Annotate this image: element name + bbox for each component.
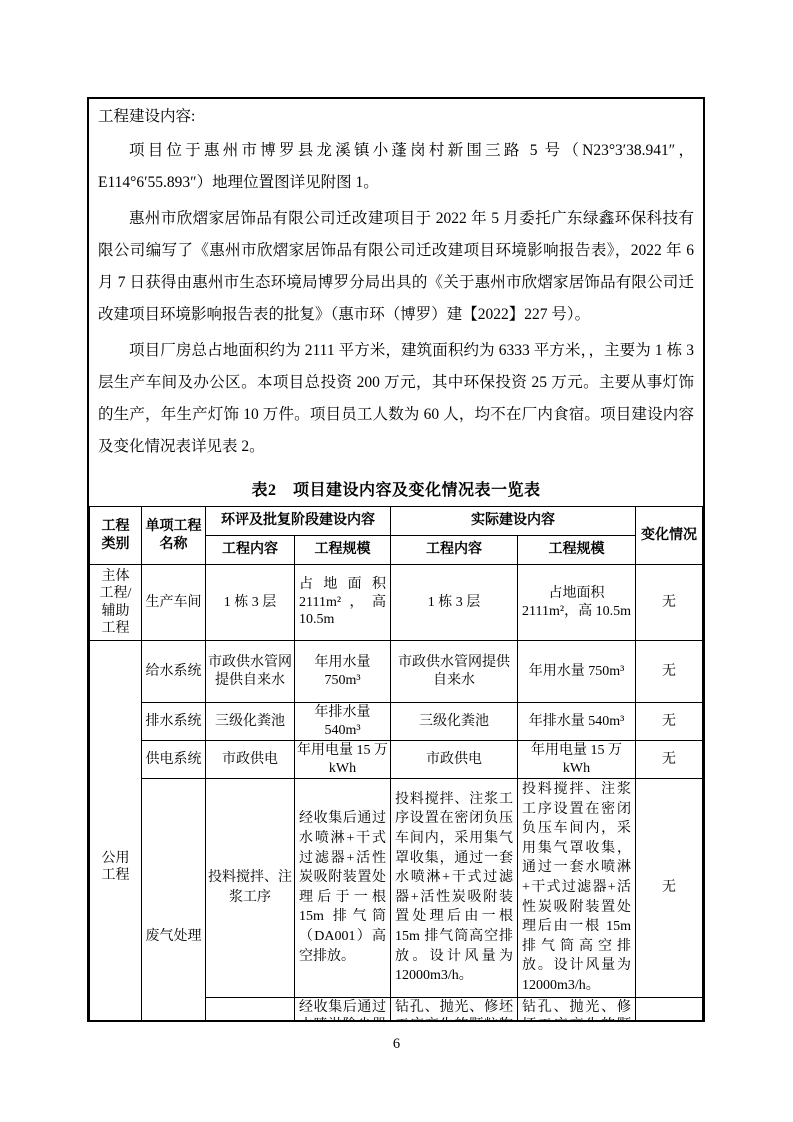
header-project-category: 工程 类别: [90, 507, 142, 565]
section-heading: 工程建设内容:: [98, 103, 694, 131]
cell-actual-content: 市政供电: [391, 741, 518, 779]
cell-eia-scale: 年排水量540m³: [295, 703, 391, 741]
table-row-workshop: 主体 工程/ 辅助 工程 生产车间 1 栋 3 层 占地面积2111m²，高10…: [90, 565, 703, 641]
cell-actual-scale: 投料搅拌、注浆工序设置在密闭负压车间内，采用集气罩收集，通过一套水喷淋+干式过滤…: [518, 779, 636, 998]
table-row-power-supply: 供电系统 市政供电 年用电量 15 万 kWh 市政供电 年用电量 15 万 k…: [90, 741, 703, 779]
header-actual-content: 工程内容: [391, 536, 518, 565]
cell-change: 无: [636, 741, 703, 779]
header-eia-group: 环评及批复阶段建设内容: [206, 507, 391, 536]
cell-item: 生产车间: [142, 565, 206, 641]
cell-actual-scale: 年用水量 750m³: [518, 641, 636, 703]
paragraph-scale: 项目厂房总占地面积约为 2111 平方米，建筑面积约为 6333 平方米，，主要…: [98, 335, 694, 463]
cell-eia-scale: 年用水量750m³: [295, 641, 391, 703]
cell-actual-content: 钻孔、抛光、修坯工序产生的颗粒物经集气罩收集后通过一套水喷淋处理后，: [391, 997, 518, 1022]
header-eia-content: 工程内容: [206, 536, 295, 565]
cell-eia-content: 市政供电: [206, 741, 295, 779]
cell-actual-content: 1 栋 3 层: [391, 565, 518, 641]
text-block: 工程建设内容: 项目位于惠州市博罗县龙溪镇小蓬岗村新围三路 5 号（N23°3′…: [89, 99, 703, 500]
content-frame: 工程建设内容: 项目位于惠州市博罗县龙溪镇小蓬岗村新围三路 5 号（N23°3′…: [87, 97, 705, 1022]
cell-eia-content: 钻孔、抛光、修坯工序: [206, 997, 295, 1022]
cell-actual-content: 投料搅拌、注浆工序设置在密闭负压车间内，采用集气罩收集，通过一套水喷淋+干式过滤…: [391, 779, 518, 998]
cell-actual-content: 市政供水管网提供自来水: [391, 641, 518, 703]
cell-eia-content: 投料搅拌、注浆工序: [206, 779, 295, 998]
cell-item: 给水系统: [142, 641, 206, 703]
cell-category-public: 公用 工程: [90, 641, 142, 1023]
cell-item-waste-gas: 废气处理: [142, 779, 206, 1023]
page-number: 6: [0, 1036, 793, 1053]
cell-eia-content: 三级化粪池: [206, 703, 295, 741]
cell-eia-scale: 占地面积2111m²，高10.5m: [295, 565, 391, 641]
header-actual-group: 实际建设内容: [391, 507, 636, 536]
paragraph-history: 惠州市欣熠家居饰品有限公司迁改建项目于 2022 年 5 月委托广东绿鑫环保科技…: [98, 203, 694, 331]
header-item-name: 单项工程 名称: [142, 507, 206, 565]
cell-eia-scale: 经收集后通过水喷淋除尘器处理后于一根 15m 排气筒: [295, 997, 391, 1022]
cell-eia-content: 1 栋 3 层: [206, 565, 295, 641]
cell-eia-content: 市政供水管网提供自来水: [206, 641, 295, 703]
cell-item: 排水系统: [142, 703, 206, 741]
table-header-row-1: 工程 类别 单项工程 名称 环评及批复阶段建设内容 实际建设内容 变化情况: [90, 507, 703, 536]
cell-change: 无: [636, 641, 703, 703]
construction-table: 工程 类别 单项工程 名称 环评及批复阶段建设内容 实际建设内容 变化情况 工程…: [89, 506, 703, 1022]
header-actual-scale: 工程规模: [518, 536, 636, 565]
cell-change: 无: [636, 779, 703, 998]
cell-actual-scale: 年排水量 540m³: [518, 703, 636, 741]
cell-change: 无: [636, 565, 703, 641]
table-title: 表2 项目建设内容及变化情况表一览表: [98, 477, 694, 500]
table-row-water-supply: 公用 工程 给水系统 市政供水管网提供自来水 年用水量750m³ 市政供水管网提…: [90, 641, 703, 703]
cell-change: 无: [636, 997, 703, 1022]
cell-item: 供电系统: [142, 741, 206, 779]
cell-actual-scale: 钻孔、抛光、修坯工序产生的颗粒物经集气罩收集后通过一套水喷: [518, 997, 636, 1022]
cell-actual-scale: 年用电量 15 万 kWh: [518, 741, 636, 779]
header-change: 变化情况: [636, 507, 703, 565]
paragraph-location: 项目位于惠州市博罗县龙溪镇小蓬岗村新围三路 5 号（N23°3′38.941″，…: [98, 135, 694, 199]
cell-actual-scale: 占地面积 2111m²，高 10.5m: [518, 565, 636, 641]
cell-eia-scale: 年用电量 15 万 kWh: [295, 741, 391, 779]
table-row-waste-gas-mixing: 废气处理 投料搅拌、注浆工序 经收集后通过水喷淋+干式过滤器+活性炭吸附装置处理…: [90, 779, 703, 998]
document-page: 工程建设内容: 项目位于惠州市博罗县龙溪镇小蓬岗村新围三路 5 号（N23°3′…: [0, 0, 793, 1122]
header-eia-scale: 工程规模: [295, 536, 391, 565]
cell-eia-scale: 经收集后通过水喷淋+干式过滤器+活性炭吸附装置处理后于一根 15m 排气筒（DA…: [295, 779, 391, 998]
cell-actual-content: 三级化粪池: [391, 703, 518, 741]
table-row-drainage: 排水系统 三级化粪池 年排水量540m³ 三级化粪池 年排水量 540m³ 无: [90, 703, 703, 741]
cell-category-main: 主体 工程/ 辅助 工程: [90, 565, 142, 641]
cell-change: 无: [636, 703, 703, 741]
